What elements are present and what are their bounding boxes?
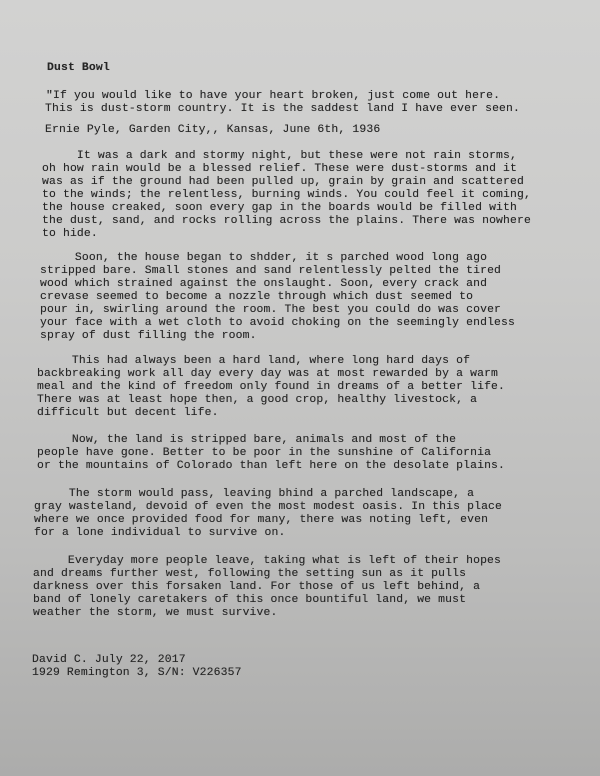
paragraph-line: It was a dark and stormy night, but thes… — [42, 150, 517, 163]
typewritten-page: Dust Bowl "If you would like to have you… — [0, 0, 600, 776]
signature-line: 1929 Remington 3, S/N: V226357 — [32, 667, 242, 680]
paragraph-line: the house creaked, soon every gap in the… — [42, 202, 517, 215]
paragraph-line: meal and the kind of freedom only found … — [37, 381, 505, 394]
paragraph-line: to hide. — [42, 228, 98, 241]
quote-line: "If you would like to have your heart br… — [46, 90, 500, 103]
paragraph-line: and dreams further west, following the s… — [33, 568, 466, 581]
paragraph-line: for a lone individual to survive on. — [34, 527, 285, 540]
paragraph-line: or the mountains of Colorado than left h… — [37, 460, 505, 473]
paragraph-line: wood which strained against the onslaugh… — [40, 278, 487, 291]
paragraph-line: crevase seemed to become a nozzle throug… — [40, 291, 473, 304]
paragraph-line: was as if the ground had been pulled up,… — [42, 176, 524, 189]
paragraph-line: spray of dust filling the room. — [40, 330, 257, 343]
paragraph-line: Soon, the house began to shdder, it s pa… — [40, 252, 487, 265]
paragraph-line: oh how rain would be a blessed relief. T… — [42, 163, 517, 176]
paragraph-line: backbreaking work all day every day was … — [37, 368, 498, 381]
paragraph-line: to the winds; the relentless, burning wi… — [42, 189, 531, 202]
attribution: Ernie Pyle, Garden City,, Kansas, June 6… — [45, 124, 380, 137]
signature-line: David C. July 22, 2017 — [32, 654, 186, 667]
paragraph-line: Everyday more people leave, taking what … — [33, 555, 501, 568]
document-title: Dust Bowl — [47, 62, 110, 75]
paragraph-line: band of lonely caretakers of this once b… — [33, 594, 466, 607]
paragraph-line: difficult but decent life. — [37, 407, 219, 420]
paragraph-line: people have gone. Better to be poor in t… — [37, 447, 491, 460]
paragraph-line: This had always been a hard land, where … — [37, 355, 470, 368]
paragraph-line: gray wasteland, devoid of even the most … — [34, 501, 502, 514]
paragraph-line: weather the storm, we must survive. — [33, 607, 278, 620]
paragraph-line: darkness over this forsaken land. For th… — [33, 581, 480, 594]
quote-line: This is dust-storm country. It is the sa… — [45, 103, 520, 116]
paragraph-line: pour in, swirling around the room. The b… — [40, 304, 501, 317]
paragraph-line: where we once provided food for many, th… — [34, 514, 488, 527]
paragraph-line: the dust, sand, and rocks rolling across… — [42, 215, 531, 228]
paragraph-line: Now, the land is stripped bare, animals … — [37, 434, 456, 447]
paragraph-line: stripped bare. Small stones and sand rel… — [40, 265, 501, 278]
paragraph-line: your face with a wet cloth to avoid chok… — [40, 317, 515, 330]
paragraph-line: There was at least hope then, a good cro… — [37, 394, 477, 407]
paragraph-line: The storm would pass, leaving bhind a pa… — [34, 488, 474, 501]
